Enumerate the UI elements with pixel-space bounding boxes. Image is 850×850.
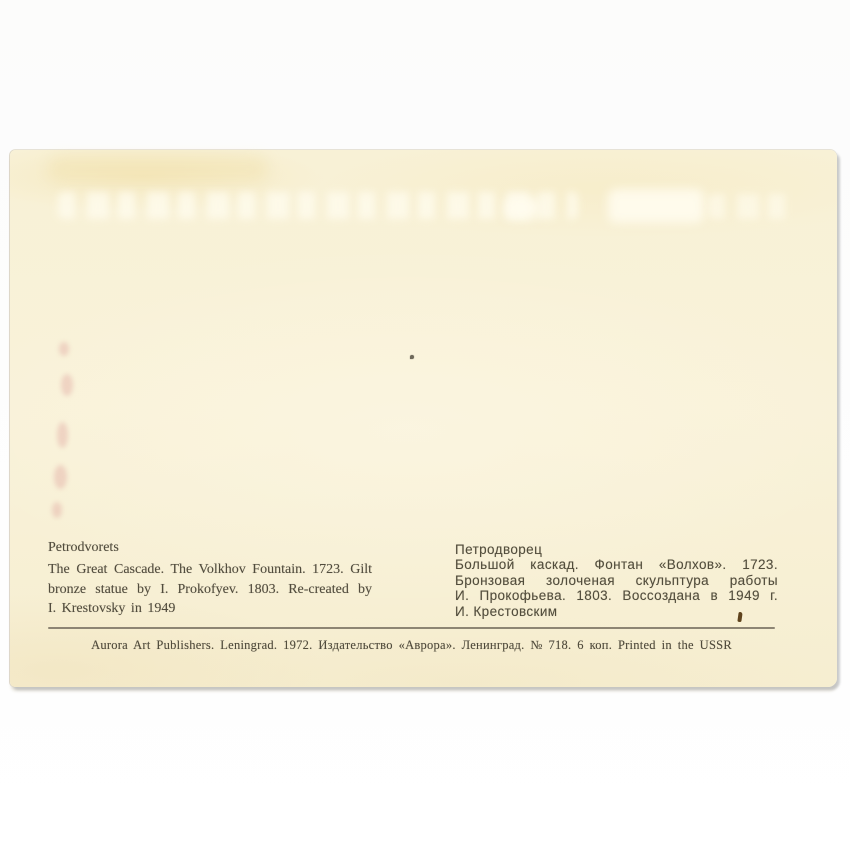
ghost-text-smudge — [608, 189, 704, 223]
caption-russian-line: Большой каскад. Фонтан «Волхов». 1723. — [455, 557, 778, 572]
scan-background: { "postcard": { "english": { "title": "P… — [0, 0, 850, 850]
pink-stain — [59, 342, 69, 356]
photo-scene: Petrodvorets The Great Cascade. The Volk… — [0, 0, 850, 850]
imprint-line: Aurora Art Publishers. Leningrad. 1972. … — [48, 638, 775, 653]
caption-english-line: I. Krestovsky in 1949 — [48, 599, 372, 619]
divider-rule — [48, 627, 775, 629]
pink-stain — [57, 422, 68, 448]
paper-stain — [48, 156, 268, 182]
caption-russian-line: И. Крестовским — [455, 604, 778, 619]
ghost-text-smudge — [58, 192, 578, 219]
pink-stain — [61, 374, 73, 396]
ghost-text-smudge — [504, 197, 540, 219]
postcard-back: Petrodvorets The Great Cascade. The Volk… — [10, 150, 837, 687]
pink-stain — [52, 502, 62, 518]
caption-english-line: bronze statue by I. Prokofyev. 1803. Re-… — [48, 580, 372, 600]
caption-russian: Петродворец Большой каскад. Фонтан «Волх… — [455, 542, 778, 619]
caption-russian-title: Петродворец — [455, 542, 778, 557]
caption-russian-line: И. Прокофьева. 1803. Воссоздана в 1949 г… — [455, 588, 778, 603]
caption-english-title: Petrodvorets — [48, 540, 372, 556]
ghost-text-smudge — [708, 194, 792, 219]
pink-stain — [54, 465, 67, 489]
caption-russian-line: Бронзовая золоченая скульптура работы — [455, 573, 778, 588]
caption-english-line: The Great Cascade. The Volkhov Fountain.… — [48, 560, 372, 580]
ink-speck — [410, 355, 414, 359]
caption-english: Petrodvorets The Great Cascade. The Volk… — [48, 540, 372, 619]
